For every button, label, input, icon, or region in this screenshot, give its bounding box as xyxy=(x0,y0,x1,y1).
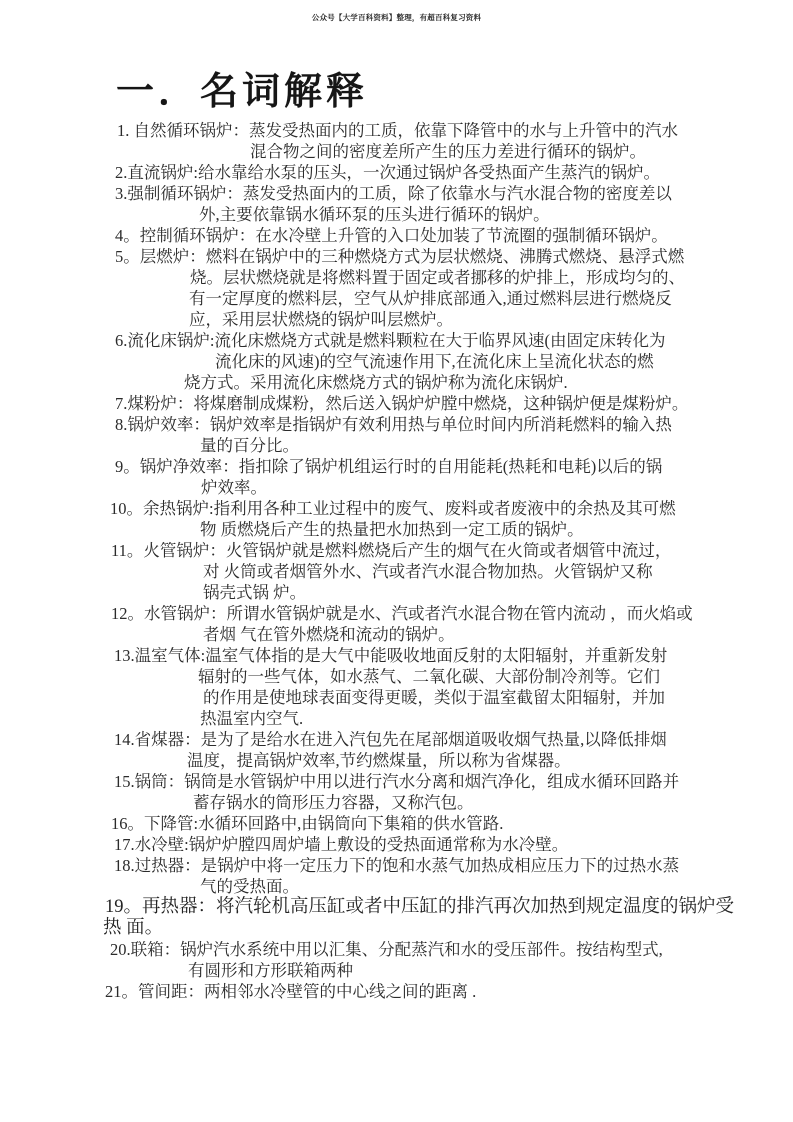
doc-line: 17.水冷壁:锅炉炉膛四周炉墙上敷设的受热面通常称为水冷壁。 xyxy=(114,834,743,855)
doc-line: 9。锅炉净效率：指扣除了锅炉机组运行时的自用能耗(热耗和电耗)以后的锅 xyxy=(115,456,743,477)
doc-line: 物 质燃烧后产生的热量把水加热到一定工质的锅炉。 xyxy=(200,519,743,540)
doc-line: 炉效率。 xyxy=(201,477,743,498)
doc-line: 12。水管锅炉：所谓水管锅炉就是水、汽或者汽水混合物在管内流动 ，而火焰或 xyxy=(111,603,743,624)
doc-line: 10。余热锅炉:指利用各种工业过程中的废气、废料或者废液中的余热及其可燃 xyxy=(110,498,743,519)
doc-line: 混合物之间的密度差所产生的压力差进行循环的锅炉。 xyxy=(250,141,743,162)
doc-line: 辐射的一些气体，如水蒸气、二氧化碳、大部份制冷剂等。它们 xyxy=(198,666,743,687)
doc-line: 7.煤粉炉：将煤磨制成煤粉，然后送入锅炉炉膛中燃烧，这种锅炉便是煤粉炉。 xyxy=(115,393,743,414)
header-note: 公众号【大学百科资料】整理，有超百科复习资料 xyxy=(0,12,793,23)
doc-line: 8.锅炉效率：锅炉效率是指锅炉有效利用热与单位时间内所消耗燃料的输入热 xyxy=(115,414,743,435)
doc-line: 21。管间距：两相邻水冷壁管的中心线之间的距离 . xyxy=(105,981,743,1002)
page-title: 一．名词解释 xyxy=(116,60,368,115)
doc-line: 有圆形和方形联箱两种 xyxy=(188,960,743,981)
doc-line: 锅壳式锅 炉。 xyxy=(203,582,743,603)
doc-line: 15.锅筒：锅筒是水管锅炉中用以进行汽水分离和烟汽净化，组成水循环回路并 xyxy=(114,771,743,792)
doc-line: 量的百分比。 xyxy=(200,435,743,456)
document-body: 1. 自然循环锅炉：蒸发受热面内的工质，依靠下降管中的水与上升管中的汽水混合物之… xyxy=(103,120,743,1002)
doc-line: 11。火管锅炉：火管锅炉就是燃料燃烧后产生的烟气在火筒或者烟管中流过， xyxy=(111,540,743,561)
doc-line: 流化床的风速)的空气流速作用下,在流化床上呈流化状态的燃 xyxy=(215,351,743,372)
doc-line: 蓄存锅水的筒形压力容器，又称汽包。 xyxy=(193,792,743,813)
doc-line: 5。层燃炉：燃料在锅炉中的三种燃烧方式为层状燃烧、沸腾式燃烧、悬浮式燃 xyxy=(115,246,743,267)
doc-line: 气的受热面。 xyxy=(200,876,743,897)
doc-line: 者烟 气在管外燃烧和流动的锅炉。 xyxy=(203,624,743,645)
doc-line: 4。控制循环锅炉：在水冷壁上升管的入口处加装了节流圈的强制循环锅炉。 xyxy=(115,225,743,246)
doc-line: 温度，提高锅炉效率,节约燃煤量，所以称为省煤器。 xyxy=(187,750,743,771)
doc-line: 热温室内空气. xyxy=(200,708,743,729)
doc-line: 的作用是使地球表面变得更暖，类似于温室截留太阳辐射，并加 xyxy=(203,687,743,708)
doc-line: 应，采用层状燃烧的锅炉叫层燃炉。 xyxy=(189,309,743,330)
doc-line: 20.联箱：锅炉汽水系统中用以汇集、分配蒸汽和水的受压部件。按结构型式, xyxy=(110,939,743,960)
doc-line: 19。再热器：将汽轮机高压缸或者中压缸的排汽再次加热到规定温度的锅炉受 xyxy=(105,897,743,918)
doc-line: 14.省煤器：是为了是给水在进入汽包先在尾部烟道吸收烟气热量,以降低排烟 xyxy=(114,729,743,750)
doc-line: 16。下降管:水循环回路中,由锅筒向下集箱的供水管路. xyxy=(111,813,743,834)
doc-line: 烧。层状燃烧就是将燃料置于固定或者挪移的炉排上，形成均匀的、 xyxy=(190,267,743,288)
doc-line: 有一定厚度的燃料层，空气从炉排底部通入,通过燃料层进行燃烧反 xyxy=(189,288,743,309)
doc-line: 热 面。 xyxy=(103,918,743,939)
doc-line: 3.强制循环锅炉：蒸发受热面内的工质，除了依靠水与汽水混合物的密度差以 xyxy=(115,183,743,204)
doc-line: 18.过热器：是锅炉中将一定压力下的饱和水蒸气加热成相应压力下的过热水蒸 xyxy=(114,855,743,876)
doc-line: 1. 自然循环锅炉：蒸发受热面内的工质，依靠下降管中的水与上升管中的汽水 xyxy=(117,120,743,141)
doc-line: 2.直流锅炉:给水靠给水泵的压头，一次通过锅炉各受热面产生蒸汽的锅炉。 xyxy=(115,162,743,183)
doc-line: 外,主要依靠锅水循环泵的压头进行循环的锅炉。 xyxy=(199,204,743,225)
document-page: 公众号【大学百科资料】整理，有超百科复习资料 一．名词解释 1. 自然循环锅炉：… xyxy=(0,0,793,1122)
doc-line: 13.温室气体:温室气体指的是大气中能吸收地面反射的太阳辐射，并重新发射 xyxy=(114,645,743,666)
doc-line: 6.流化床锅炉:流化床燃烧方式就是燃料颗粒在大于临界风速(由固定床转化为 xyxy=(115,330,743,351)
doc-line: 烧方式。采用流化床燃烧方式的锅炉称为流化床锅炉. xyxy=(184,372,743,393)
doc-line: 对 火筒或者烟管外水、汽或者汽水混合物加热。火管锅炉又称 xyxy=(203,561,743,582)
